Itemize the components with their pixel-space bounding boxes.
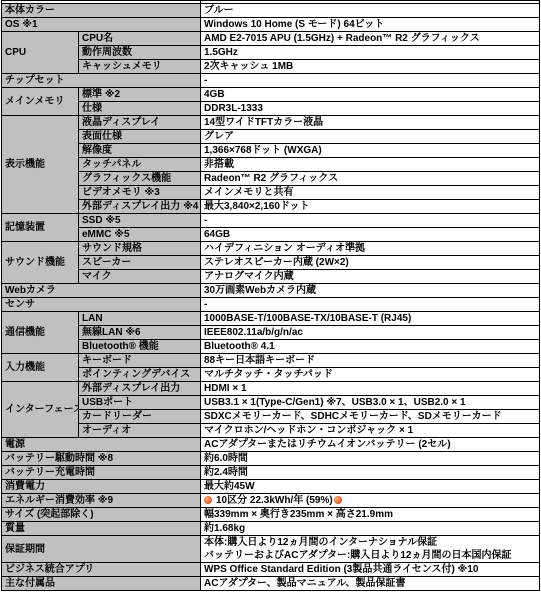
spec-group-cell: 通信機能 bbox=[2, 312, 79, 354]
spec-label-cell: eMMC ※5 bbox=[79, 228, 201, 242]
spec-row: バッテリー充電時間約2.4時間 bbox=[2, 466, 540, 480]
spec-label-cell: エネルギー消費効率 ※9 bbox=[2, 494, 201, 508]
spec-value-cell: HDMI × 1 bbox=[201, 382, 540, 396]
spec-value-cell: WPS Office Standard Edition (3製品共通ライセンス付… bbox=[201, 563, 540, 577]
spec-row: 解像度1,366×768ドット (WXGA) bbox=[2, 144, 540, 158]
spec-row: チップセット- bbox=[2, 74, 540, 88]
spec-label-cell: 表面仕様 bbox=[79, 130, 201, 144]
spec-row: 動作周波数1.5GHz bbox=[2, 46, 540, 60]
spec-value-cell: 1,366×768ドット (WXGA) bbox=[201, 144, 540, 158]
spec-value-cell: 最大3,840×2,160ドット bbox=[201, 200, 540, 214]
spec-row: 無線LAN ※6IEEE802.11a/b/g/n/ac bbox=[2, 326, 540, 340]
spec-row: サウンド機能サウンド規格ハイデフィニション オーディオ準拠 bbox=[2, 242, 540, 256]
spec-value-cell: 非搭載 bbox=[201, 158, 540, 172]
spec-row: 記憶装置SSD ※5- bbox=[2, 214, 540, 228]
spec-value-cell: 約6.0時間 bbox=[201, 452, 540, 466]
spec-label-cell: USBポート bbox=[79, 396, 201, 410]
spec-value-cell: 14型ワイドTFTカラー液晶 bbox=[201, 116, 540, 130]
spec-value-cell: USB3.1 × 1(Type-C/Gen1) ※7、USB3.0 × 1、US… bbox=[201, 396, 540, 410]
spec-label-cell: 解像度 bbox=[79, 144, 201, 158]
spec-value-cell: ACアダプター、製品マニュアル、製品保証書 bbox=[201, 577, 540, 591]
spec-label-cell: チップセット bbox=[2, 74, 201, 88]
spec-value-cell: 10区分 22.3kWh/年 (59%) bbox=[201, 494, 540, 508]
spec-row: 表示機能液晶ディスプレイ14型ワイドTFTカラー液晶 bbox=[2, 116, 540, 130]
spec-label-cell: SSD ※5 bbox=[79, 214, 201, 228]
spec-value-cell: 本体:購入日より12ヵ月間のインターナショナル保証バッテリーおよびACアダプター… bbox=[201, 536, 540, 563]
laptop-spec-table: 本体カラーブルーOS ※1Windows 10 Home (S モード) 64ビ… bbox=[1, 0, 540, 591]
spec-value-cell: DDR3L-1333 bbox=[201, 102, 540, 116]
spec-label-cell: Webカメラ bbox=[2, 284, 201, 298]
spec-label-cell: LAN bbox=[79, 312, 201, 326]
spec-label-cell: サイズ (突起部除く) bbox=[2, 508, 201, 522]
energy-saving-mark-icon bbox=[334, 496, 342, 504]
spec-label-cell: バッテリー駆動時間 ※8 bbox=[2, 452, 201, 466]
spec-row: Bluetooth® 機能Bluetooth® 4.1 bbox=[2, 340, 540, 354]
spec-label-cell: 質量 bbox=[2, 522, 201, 536]
spec-label-cell: マイク bbox=[79, 270, 201, 284]
spec-value-cell: ハイデフィニション オーディオ準拠 bbox=[201, 242, 540, 256]
spec-row: 入力機能キーボード88キー日本語キーボード bbox=[2, 354, 540, 368]
spec-value-cell: 2次キャッシュ 1MB bbox=[201, 60, 540, 74]
spec-value-cell: ACアダプターまたはリチウムイオンバッテリー (2セル) bbox=[201, 438, 540, 452]
spec-row: 保証期間本体:購入日より12ヵ月間のインターナショナル保証バッテリーおよびACア… bbox=[2, 536, 540, 563]
spec-label-cell: グラフィックス機能 bbox=[79, 172, 201, 186]
spec-label-cell: 消費電力 bbox=[2, 480, 201, 494]
spec-row: 本体カラーブルー bbox=[2, 4, 540, 18]
spec-value-cell: 64GB bbox=[201, 228, 540, 242]
spec-label-cell: ビジネス統合アプリ bbox=[2, 563, 201, 577]
spec-value-cell: ブルー bbox=[201, 4, 540, 18]
spec-value-cell: アナログマイク内蔵 bbox=[201, 270, 540, 284]
spec-row: グラフィックス機能Radeon™ R2 グラフィックス bbox=[2, 172, 540, 186]
spec-group-cell: 入力機能 bbox=[2, 354, 79, 382]
spec-row: Webカメラ30万画素Webカメラ内蔵 bbox=[2, 284, 540, 298]
spec-value-cell: Windows 10 Home (S モード) 64ビット bbox=[201, 18, 540, 32]
spec-label-cell: サウンド規格 bbox=[79, 242, 201, 256]
spec-value-cell: - bbox=[201, 298, 540, 312]
spec-label-cell: 主な付属品 bbox=[2, 577, 201, 591]
spec-label-cell: 液晶ディスプレイ bbox=[79, 116, 201, 130]
spec-row: eMMC ※564GB bbox=[2, 228, 540, 242]
spec-group-cell: CPU bbox=[2, 32, 79, 74]
spec-row: 消費電力最大約45W bbox=[2, 480, 540, 494]
spec-label-cell: カードリーダー bbox=[79, 410, 201, 424]
spec-group-cell: 記憶装置 bbox=[2, 214, 79, 242]
spec-label-cell: オーディオ bbox=[79, 424, 201, 438]
spec-label-cell: バッテリー充電時間 bbox=[2, 466, 201, 480]
spec-label-cell: キーボード bbox=[79, 354, 201, 368]
spec-row: カードリーダーSDXCメモリーカード、SDHCメモリーカード、SDメモリーカード bbox=[2, 410, 540, 424]
spec-row: ポインティングデバイスマルチタッチ・タッチパッド bbox=[2, 368, 540, 382]
spec-value-cell: 30万画素Webカメラ内蔵 bbox=[201, 284, 540, 298]
spec-row: ビジネス統合アプリWPS Office Standard Edition (3製… bbox=[2, 563, 540, 577]
spec-row: マイクアナログマイク内蔵 bbox=[2, 270, 540, 284]
spec-value-cell: 1000BASE-T/100BASE-TX/10BASE-T (RJ45) bbox=[201, 312, 540, 326]
spec-value-cell: 最大約45W bbox=[201, 480, 540, 494]
spec-label-cell: 外部ディスプレイ出力 ※4 bbox=[79, 200, 201, 214]
spec-group-cell: メインメモリ bbox=[2, 88, 79, 116]
spec-label-cell: タッチパネル bbox=[79, 158, 201, 172]
spec-group-cell: 表示機能 bbox=[2, 116, 79, 214]
spec-value-cell: マイクロホン/ヘッドホン・コンボジャック × 1 bbox=[201, 424, 540, 438]
spec-label-cell: 仕様 bbox=[79, 102, 201, 116]
spec-label-cell: ビデオメモリ ※3 bbox=[79, 186, 201, 200]
spec-label-cell: OS ※1 bbox=[2, 18, 201, 32]
spec-row: オーディオマイクロホン/ヘッドホン・コンボジャック × 1 bbox=[2, 424, 540, 438]
spec-label-cell: 電源 bbox=[2, 438, 201, 452]
spec-value-cell: メインメモリと共有 bbox=[201, 186, 540, 200]
spec-value-cell: ステレオスピーカー内蔵 (2W×2) bbox=[201, 256, 540, 270]
spec-label-cell: Bluetooth® 機能 bbox=[79, 340, 201, 354]
spec-value-cell: 幅339mm × 奥行き235mm × 高さ21.9mm bbox=[201, 508, 540, 522]
spec-value-cell: 約1.68kg bbox=[201, 522, 540, 536]
spec-label-cell: 動作周波数 bbox=[79, 46, 201, 60]
spec-group-cell: サウンド機能 bbox=[2, 242, 79, 284]
spec-row: サイズ (突起部除く)幅339mm × 奥行き235mm × 高さ21.9mm bbox=[2, 508, 540, 522]
spec-value-cell: 1.5GHz bbox=[201, 46, 540, 60]
spec-label-cell: ポインティングデバイス bbox=[79, 368, 201, 382]
spec-value-cell: IEEE802.11a/b/g/n/ac bbox=[201, 326, 540, 340]
spec-row: OS ※1Windows 10 Home (S モード) 64ビット bbox=[2, 18, 540, 32]
spec-group-cell: インターフェース bbox=[2, 382, 79, 438]
spec-label-cell: キャッシュメモリ bbox=[79, 60, 201, 74]
spec-value-line: 本体:購入日より12ヵ月間のインターナショナル保証 bbox=[204, 536, 536, 549]
spec-row: USBポートUSB3.1 × 1(Type-C/Gen1) ※7、USB3.0 … bbox=[2, 396, 540, 410]
spec-value-text: 10区分 22.3kWh/年 (59%) bbox=[216, 495, 333, 506]
spec-label-cell: 標準 ※2 bbox=[79, 88, 201, 102]
spec-row: インターフェース外部ディスプレイ出力HDMI × 1 bbox=[2, 382, 540, 396]
spec-label-cell: 本体カラー bbox=[2, 4, 201, 18]
spec-sheet: 本体カラーブルーOS ※1Windows 10 Home (S モード) 64ビ… bbox=[0, 0, 541, 591]
spec-value-cell: SDXCメモリーカード、SDHCメモリーカード、SDメモリーカード bbox=[201, 410, 540, 424]
spec-row: 質量約1.68kg bbox=[2, 522, 540, 536]
spec-label-cell: 外部ディスプレイ出力 bbox=[79, 382, 201, 396]
spec-value-cell: - bbox=[201, 74, 540, 88]
spec-row: エネルギー消費効率 ※910区分 22.3kWh/年 (59%) bbox=[2, 494, 540, 508]
spec-value-cell: 4GB bbox=[201, 88, 540, 102]
spec-row: CPUCPU名AMD E2-7015 APU (1.5GHz) + Radeon… bbox=[2, 32, 540, 46]
spec-value-cell: Radeon™ R2 グラフィックス bbox=[201, 172, 540, 186]
spec-row: 表面仕様グレア bbox=[2, 130, 540, 144]
spec-value-cell: 88キー日本語キーボード bbox=[201, 354, 540, 368]
spec-row: 外部ディスプレイ出力 ※4最大3,840×2,160ドット bbox=[2, 200, 540, 214]
spec-row: バッテリー駆動時間 ※8約6.0時間 bbox=[2, 452, 540, 466]
spec-value-line: バッテリーおよびACアダプター:購入日より12ヵ月間の日本国内保証 bbox=[204, 549, 536, 562]
spec-value-cell: Bluetooth® 4.1 bbox=[201, 340, 540, 354]
spec-label-cell: 保証期間 bbox=[2, 536, 201, 563]
spec-row: 通信機能LAN1000BASE-T/100BASE-TX/10BASE-T (R… bbox=[2, 312, 540, 326]
spec-row: センサ- bbox=[2, 298, 540, 312]
spec-row: 仕様DDR3L-1333 bbox=[2, 102, 540, 116]
spec-row: タッチパネル非搭載 bbox=[2, 158, 540, 172]
spec-row: ビデオメモリ ※3メインメモリと共有 bbox=[2, 186, 540, 200]
spec-label-cell: 無線LAN ※6 bbox=[79, 326, 201, 340]
spec-label-cell: CPU名 bbox=[79, 32, 201, 46]
spec-value-cell: マルチタッチ・タッチパッド bbox=[201, 368, 540, 382]
spec-value-cell: 約2.4時間 bbox=[201, 466, 540, 480]
spec-value-cell: グレア bbox=[201, 130, 540, 144]
spec-row: 主な付属品ACアダプター、製品マニュアル、製品保証書 bbox=[2, 577, 540, 591]
spec-value-cell: - bbox=[201, 214, 540, 228]
spec-value-cell: AMD E2-7015 APU (1.5GHz) + Radeon™ R2 グラ… bbox=[201, 32, 540, 46]
spec-label-cell: センサ bbox=[2, 298, 201, 312]
spec-label-cell: スピーカー bbox=[79, 256, 201, 270]
spec-row: メインメモリ標準 ※24GB bbox=[2, 88, 540, 102]
spec-row: スピーカーステレオスピーカー内蔵 (2W×2) bbox=[2, 256, 540, 270]
spec-row: 電源ACアダプターまたはリチウムイオンバッテリー (2セル) bbox=[2, 438, 540, 452]
spec-table-body: 本体カラーブルーOS ※1Windows 10 Home (S モード) 64ビ… bbox=[2, 1, 540, 591]
spec-row: キャッシュメモリ2次キャッシュ 1MB bbox=[2, 60, 540, 74]
energy-saving-mark-icon bbox=[204, 496, 212, 504]
